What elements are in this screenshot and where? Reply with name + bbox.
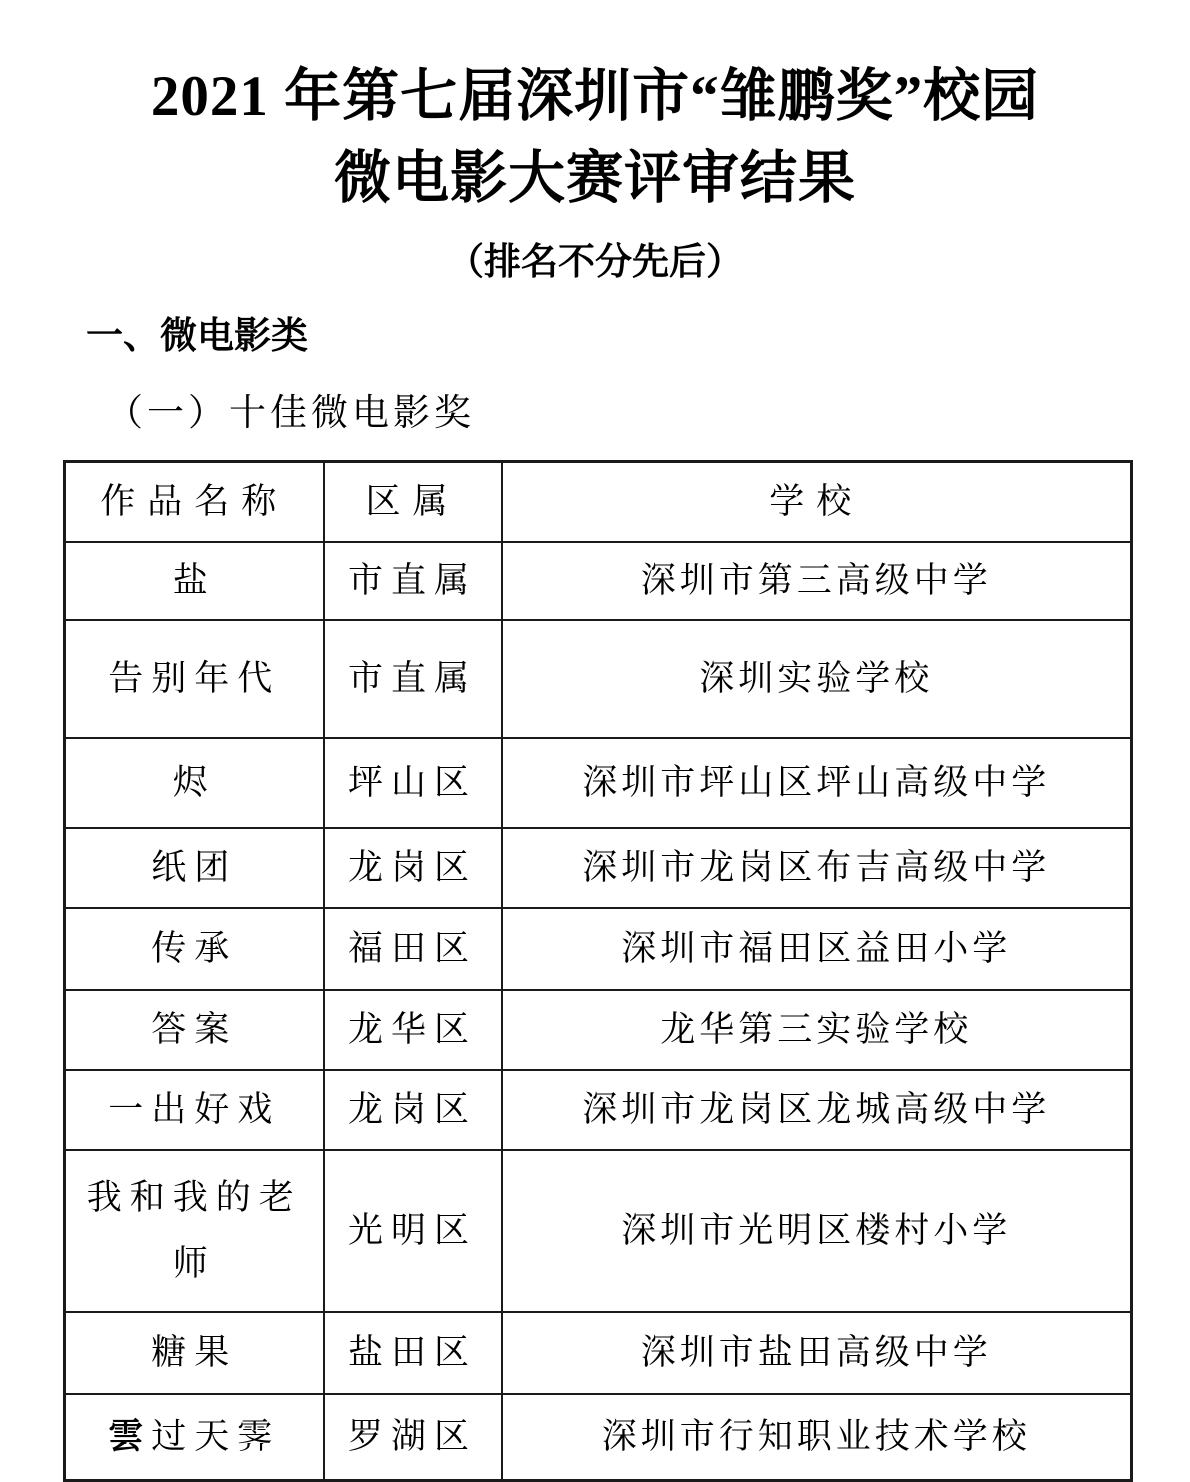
fallback-bold-character: 雲 [108, 1417, 151, 1456]
work-title-cell: 答案 [65, 990, 324, 1070]
district-cell: 龙岗区 [324, 1070, 502, 1150]
document-title-line-1: 2021 年第七届深圳市“雏鹏奖”校园 [0, 56, 1190, 138]
school-cell: 深圳市行知职业技术学校 [502, 1394, 1132, 1481]
column-header-district: 区属 [324, 462, 502, 543]
district-cell: 光明区 [324, 1150, 502, 1312]
work-title-cell: 一出好戏 [65, 1070, 324, 1150]
document-title-line-2: 微电影大赛评审结果 [0, 138, 1190, 220]
school-cell: 深圳市光明区楼村小学 [502, 1150, 1132, 1312]
column-header-work-title: 作品名称 [65, 462, 324, 543]
table-row: 盐市直属深圳市第三高级中学 [65, 542, 1132, 620]
work-title-cell: 传承 [65, 908, 324, 990]
document-page: 2021 年第七届深圳市“雏鹏奖”校园 微电影大赛评审结果 （排名不分先后） 一… [0, 0, 1190, 1482]
district-cell: 坪山区 [324, 738, 502, 828]
work-title-cell: 纸团 [65, 828, 324, 908]
table-row: 雲过天霁罗湖区深圳市行知职业技术学校 [65, 1394, 1132, 1481]
subsection-heading-top-ten-micro-film-award: （一）十佳微电影奖 [0, 392, 1190, 436]
table-row: 一出好戏龙岗区深圳市龙岗区龙城高级中学 [65, 1070, 1132, 1150]
school-cell: 龙华第三实验学校 [502, 990, 1132, 1070]
district-cell: 龙岗区 [324, 828, 502, 908]
table-row: 答案龙华区龙华第三实验学校 [65, 990, 1132, 1070]
work-title-cell: 烬 [65, 738, 324, 828]
table-row: 糖果盐田区深圳市盐田高级中学 [65, 1312, 1132, 1394]
awards-table-header: 作品名称 区属 学校 [65, 462, 1132, 543]
school-cell: 深圳市龙岗区龙城高级中学 [502, 1070, 1132, 1150]
work-title-cell: 告别年代 [65, 620, 324, 738]
district-cell: 福田区 [324, 908, 502, 990]
table-row: 烬坪山区深圳市坪山区坪山高级中学 [65, 738, 1132, 828]
school-cell: 深圳市盐田高级中学 [502, 1312, 1132, 1394]
district-cell: 龙华区 [324, 990, 502, 1070]
school-cell: 深圳市龙岗区布吉高级中学 [502, 828, 1132, 908]
table-row: 我和我的老师光明区深圳市光明区楼村小学 [65, 1150, 1132, 1312]
school-cell: 深圳市坪山区坪山高级中学 [502, 738, 1132, 828]
work-title-cell: 糖果 [65, 1312, 324, 1394]
district-cell: 市直属 [324, 620, 502, 738]
school-cell: 深圳市第三高级中学 [502, 542, 1132, 620]
district-cell: 盐田区 [324, 1312, 502, 1394]
ranking-note: （排名不分先后） [0, 240, 1190, 284]
school-cell: 深圳市福田区益田小学 [502, 908, 1132, 990]
awards-table-body: 盐市直属深圳市第三高级中学告别年代市直属深圳实验学校烬坪山区深圳市坪山区坪山高级… [65, 542, 1132, 1481]
table-row: 纸团龙岗区深圳市龙岗区布吉高级中学 [65, 828, 1132, 908]
awards-table: 作品名称 区属 学校 盐市直属深圳市第三高级中学告别年代市直属深圳实验学校烬坪山… [63, 460, 1133, 1482]
district-cell: 市直属 [324, 542, 502, 620]
work-title-cell: 盐 [65, 542, 324, 620]
work-title-cell: 雲过天霁 [65, 1394, 324, 1481]
district-cell: 罗湖区 [324, 1394, 502, 1481]
header-row: 作品名称 区属 学校 [65, 462, 1132, 543]
section-heading-micro-film-category: 一、微电影类 [0, 314, 1190, 358]
work-title-cell: 我和我的老师 [65, 1150, 324, 1312]
column-header-school: 学校 [502, 462, 1132, 543]
table-row: 告别年代市直属深圳实验学校 [65, 620, 1132, 738]
table-row: 传承福田区深圳市福田区益田小学 [65, 908, 1132, 990]
school-cell: 深圳实验学校 [502, 620, 1132, 738]
